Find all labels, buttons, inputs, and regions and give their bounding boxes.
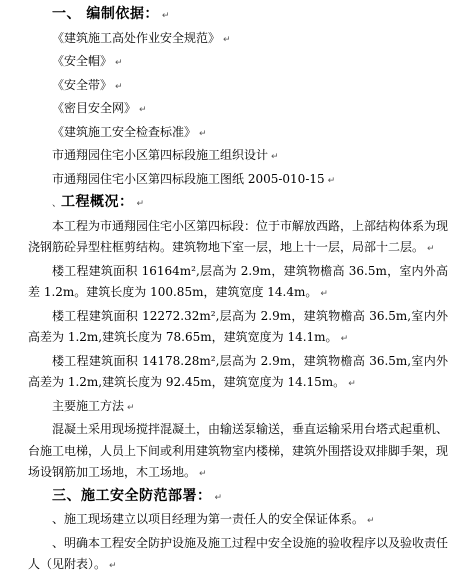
reference-item-safety-net: 《密目安全网》↵ — [28, 98, 448, 122]
reference-item-high-work-code: 《建筑施工高处作业安全规范》↵ — [28, 28, 448, 52]
paragraph-mark-icon: ↵ — [215, 493, 223, 503]
paragraph-mark-icon: ↵ — [199, 129, 207, 139]
paragraph-acceptance-procedure: 、明确本工程安全防护设施及施工过程中安全设施的验收程序以及验收责任人（见附表）。… — [28, 533, 448, 576]
reference-text: 市通翔园住宅小区第四标段施工组织设计 — [52, 148, 268, 162]
paragraph-mark-icon: ↵ — [162, 11, 170, 21]
paragraph-building-2-stats: 楼工程建筑面积 12272.32m²,层高为 2.9m，建筑物檐高 36.5m,… — [28, 306, 448, 351]
paragraph-mark-icon: ↵ — [199, 469, 207, 479]
paragraph-text: 、施工现场建立以项目经理为第一责任人的安全保证体系。 — [52, 512, 364, 526]
paragraph-mark-icon: ↵ — [139, 105, 147, 115]
reference-text: 《密目安全网》 — [52, 101, 136, 115]
paragraph-mark-icon: ↵ — [341, 334, 349, 344]
paragraph-mark-icon: ↵ — [320, 289, 328, 299]
reference-text: 《安全带》 — [52, 78, 112, 92]
paragraph-text: 楼工程建筑面积 16164m²,层高为 2.9m，建筑物檐高 36.5m，室内外… — [28, 264, 448, 300]
paragraph-mark-icon: ↵ — [223, 35, 231, 45]
paragraph-mark-icon: ↵ — [367, 516, 375, 526]
heading-text: 一、 编制依据： — [52, 6, 159, 22]
reference-text: 《建筑施工高处作业安全规范》 — [52, 31, 220, 45]
heading-prefix-mark: 、 — [52, 199, 61, 209]
paragraph-construction-methods: 混凝土采用现场搅拌混凝土，由输送泵输送，垂直运输采用台塔式起重机、台施工电梯，人… — [28, 419, 448, 486]
reference-text: 《建筑施工安全检查标准》 — [52, 125, 196, 139]
reference-text: 市通翔园住宅小区第四标段施工图纸 2005-010-15 — [52, 172, 325, 186]
paragraph-text: 楼工程建筑面积 14178.28m²,层高为 2.9m，建筑物檐高 36.5m,… — [28, 354, 448, 390]
paragraph-mark-icon: ↵ — [328, 176, 336, 186]
paragraph-safety-guarantee-system: 、施工现场建立以项目经理为第一责任人的安全保证体系。↵ — [28, 509, 448, 533]
heading-project-overview: 、工程概况：↵ — [28, 192, 448, 216]
paragraph-mark-icon: ↵ — [115, 82, 123, 92]
reference-item-safety-inspection-standard: 《建筑施工安全检查标准》↵ — [28, 122, 448, 146]
paragraph-building-1-stats: 楼工程建筑面积 16164m²,层高为 2.9m，建筑物檐高 36.5m，室内外… — [28, 261, 448, 306]
reference-item-safety-helmet: 《安全帽》↵ — [28, 51, 448, 75]
paragraph-mark-icon: ↵ — [348, 379, 356, 389]
subheading-text: 主要施工方法 — [52, 399, 124, 413]
reference-text: 《安全帽》 — [52, 54, 112, 68]
paragraph-project-description: 本工程为市通翔园住宅小区第四标段：位于市解放西路，上部结构体系为现浇钢筋砼异型柱… — [28, 216, 448, 261]
heading-text: 工程概况： — [61, 194, 134, 210]
paragraph-mark-icon: ↵ — [127, 403, 135, 413]
document-page: 一、 编制依据：↵ 《建筑施工高处作业安全规范》↵ 《安全帽》↵ 《安全带》↵ … — [0, 0, 450, 576]
paragraph-mark-icon: ↵ — [109, 561, 117, 571]
paragraph-mark-icon: ↵ — [137, 199, 145, 209]
reference-item-construction-drawings: 市通翔园住宅小区第四标段施工图纸 2005-010-15↵ — [28, 169, 448, 193]
paragraph-building-3-stats: 楼工程建筑面积 14178.28m²,层高为 2.9m，建筑物檐高 36.5m,… — [28, 351, 448, 396]
subheading-main-construction-methods: 主要施工方法↵ — [28, 396, 448, 420]
heading-text: 三、施工安全防范部署： — [52, 488, 212, 504]
heading-safety-deployment: 三、施工安全防范部署：↵ — [28, 486, 448, 510]
paragraph-text: 、明确本工程安全防护设施及施工过程中安全设施的验收程序以及验收责任人（见附表）。 — [28, 536, 448, 572]
paragraph-text: 混凝土采用现场搅拌混凝土，由输送泵输送，垂直运输采用台塔式起重机、台施工电梯，人… — [28, 422, 448, 479]
paragraph-mark-icon: ↵ — [115, 58, 123, 68]
reference-item-construction-organization-design: 市通翔园住宅小区第四标段施工组织设计↵ — [28, 145, 448, 169]
paragraph-text: 楼工程建筑面积 12272.32m²,层高为 2.9m，建筑物檐高 36.5m,… — [28, 309, 448, 345]
paragraph-mark-icon: ↵ — [427, 244, 435, 254]
reference-item-safety-belt: 《安全带》↵ — [28, 75, 448, 99]
paragraph-mark-icon: ↵ — [271, 152, 279, 162]
paragraph-text: 本工程为市通翔园住宅小区第四标段：位于市解放西路，上部结构体系为现浇钢筋砼异型柱… — [28, 219, 448, 255]
heading-compilation-basis: 一、 编制依据：↵ — [28, 4, 448, 28]
